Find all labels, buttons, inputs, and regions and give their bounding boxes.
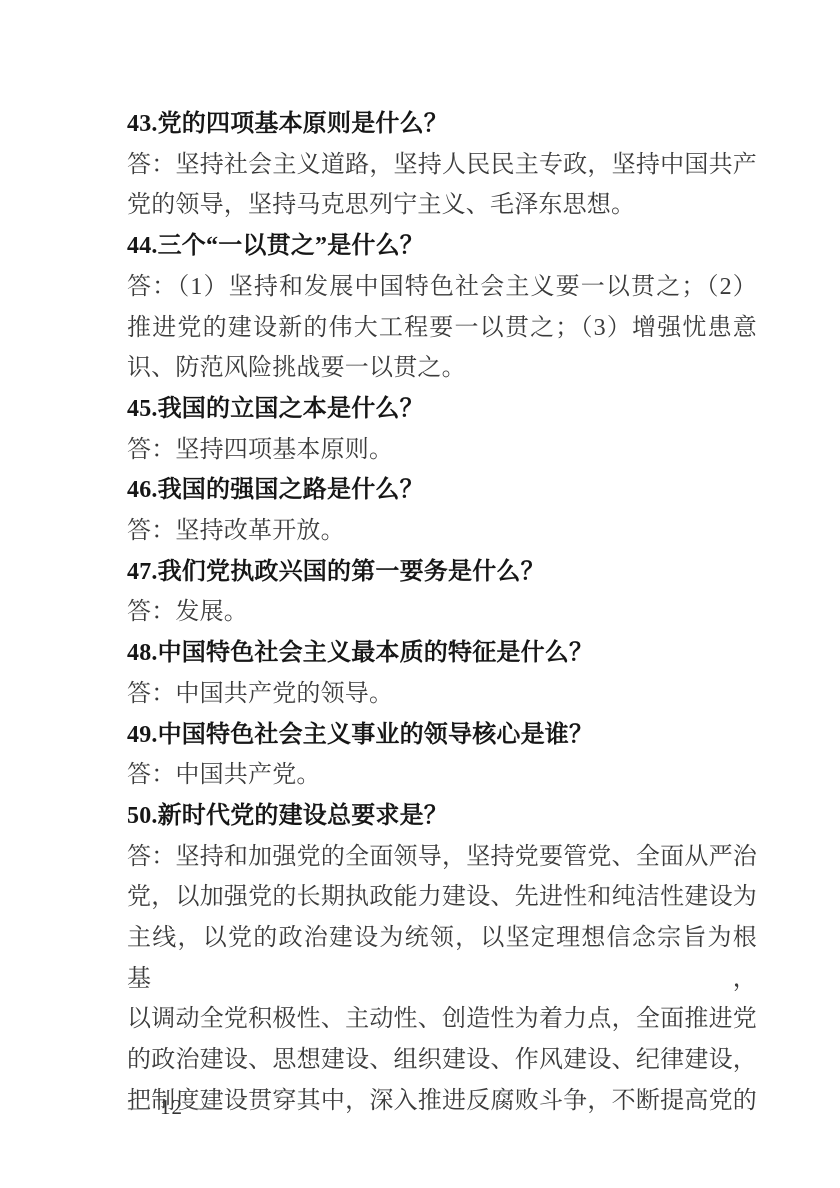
question-heading: 43.党的四项基本原则是什么？ <box>127 104 757 145</box>
question-heading: 44.三个“一以贯之”是什么？ <box>127 226 757 267</box>
answer-line: 答：发展。 <box>127 592 757 633</box>
question-heading: 50.新时代党的建设总要求是？ <box>127 796 757 837</box>
answer-line: 答：坚持和加强党的全面领导，坚持党要管党、全面从严治 <box>127 837 757 878</box>
page-footer: —12— <box>128 1094 215 1120</box>
answer-line: 答：中国共产党的领导。 <box>127 674 757 715</box>
answer-line: 党的领导，坚持马克思列宁主义、毛泽东思想。 <box>127 185 757 226</box>
answer-line: 的政治建设、思想建设、组织建设、作风建设、纪律建设， <box>127 1040 757 1081</box>
page-number: 12 <box>150 1095 193 1119</box>
answer-line: 答：中国共产党。 <box>127 755 757 796</box>
answer-line: 答：坚持改革开放。 <box>127 511 757 552</box>
answer-line: 推进党的建设新的伟大工程要一以贯之；（3）增强忧患意 <box>127 308 757 349</box>
answer-line: 答：坚持四项基本原则。 <box>127 430 757 471</box>
footer-left-dash: — <box>128 1095 150 1119</box>
answer-line: 主线，以党的政治建设为统领，以坚定理想信念宗旨为根基， <box>127 918 757 999</box>
qa-content: 43.党的四项基本原则是什么？ 答：坚持社会主义道路，坚持人民民主专政，坚持中国… <box>127 104 757 1122</box>
question-heading: 48.中国特色社会主义最本质的特征是什么？ <box>127 633 757 674</box>
question-heading: 45.我国的立国之本是什么？ <box>127 389 757 430</box>
answer-line: 把制度建设贯穿其中，深入推进反腐败斗争，不断提高党的 <box>127 1081 757 1122</box>
question-heading: 47.我们党执政兴国的第一要务是什么？ <box>127 552 757 593</box>
document-page: 43.党的四项基本原则是什么？ 答：坚持社会主义道路，坚持人民民主专政，坚持中国… <box>0 0 840 1188</box>
answer-line: 以调动全党积极性、主动性、创造性为着力点，全面推进党 <box>127 999 757 1040</box>
answer-line: 答：坚持社会主义道路，坚持人民民主专政，坚持中国共产 <box>127 145 757 186</box>
question-heading: 46.我国的强国之路是什么？ <box>127 470 757 511</box>
answer-line: 识、防范风险挑战要一以贯之。 <box>127 348 757 389</box>
answer-line: 答：（1）坚持和发展中国特色社会主义要一以贯之；（2） <box>127 267 757 308</box>
answer-line: 党，以加强党的长期执政能力建设、先进性和纯洁性建设为 <box>127 877 757 918</box>
footer-right-dash: — <box>193 1095 215 1119</box>
question-heading: 49.中国特色社会主义事业的领导核心是谁？ <box>127 715 757 756</box>
